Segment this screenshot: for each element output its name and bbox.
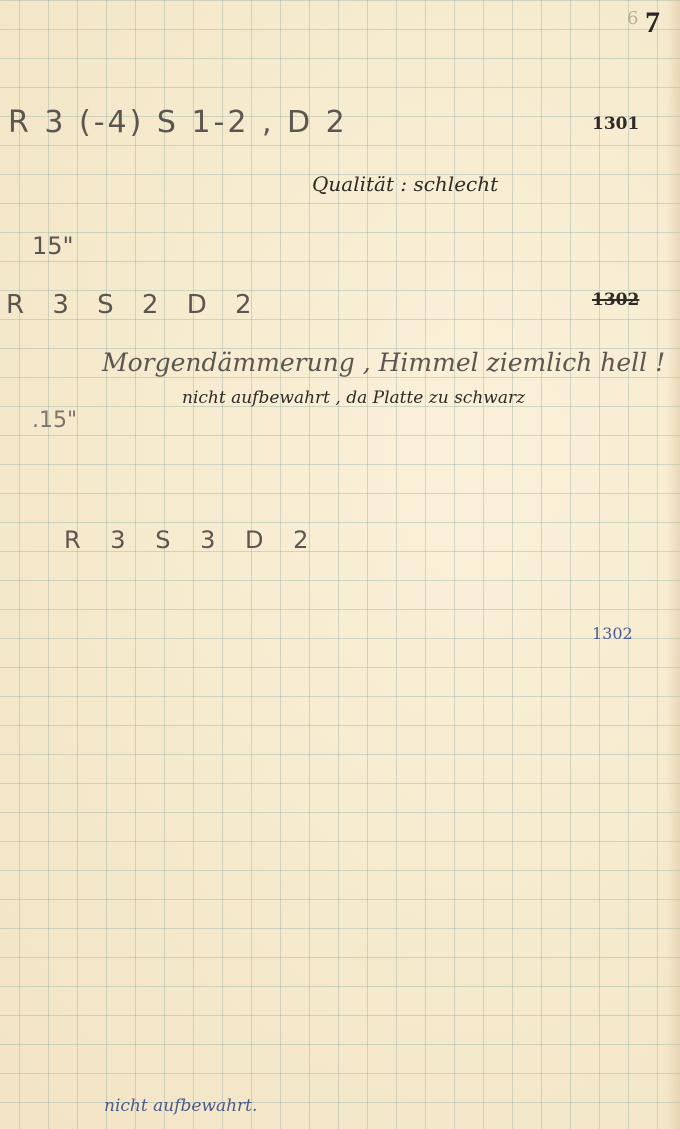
page-number: 7 bbox=[645, 8, 660, 38]
entry-1-exposure: 15" bbox=[32, 234, 74, 258]
entry-3-plate-number: 1302 bbox=[592, 626, 633, 642]
entry-3-settings: R 3 S 3 D 2 bbox=[64, 528, 311, 552]
footer-note: nicht aufbewahrt. bbox=[104, 1098, 257, 1115]
entry-1-settings: R 3 (-4) S 1-2 , D 2 bbox=[8, 108, 348, 138]
entry-1-plate-number: 1301 bbox=[592, 116, 639, 133]
entry-2-plate-number-struck: 1302 bbox=[592, 292, 639, 309]
entry-1-note: Qualität : schlecht bbox=[312, 174, 498, 194]
entry-2-settings: R 3 S 2 D 2 bbox=[6, 292, 255, 318]
notebook-page: 6 7 R 3 (-4) S 1-2 , D 2 1301 Qualität :… bbox=[0, 0, 680, 1129]
smudged-digit: 6 bbox=[627, 10, 638, 28]
entry-2-note: Morgendämmerung , Himmel ziemlich hell ! bbox=[102, 350, 665, 375]
entry-2-exposure: .15" bbox=[32, 410, 77, 432]
entry-2-note-2: nicht aufbewahrt , da Platte zu schwarz bbox=[182, 390, 525, 407]
